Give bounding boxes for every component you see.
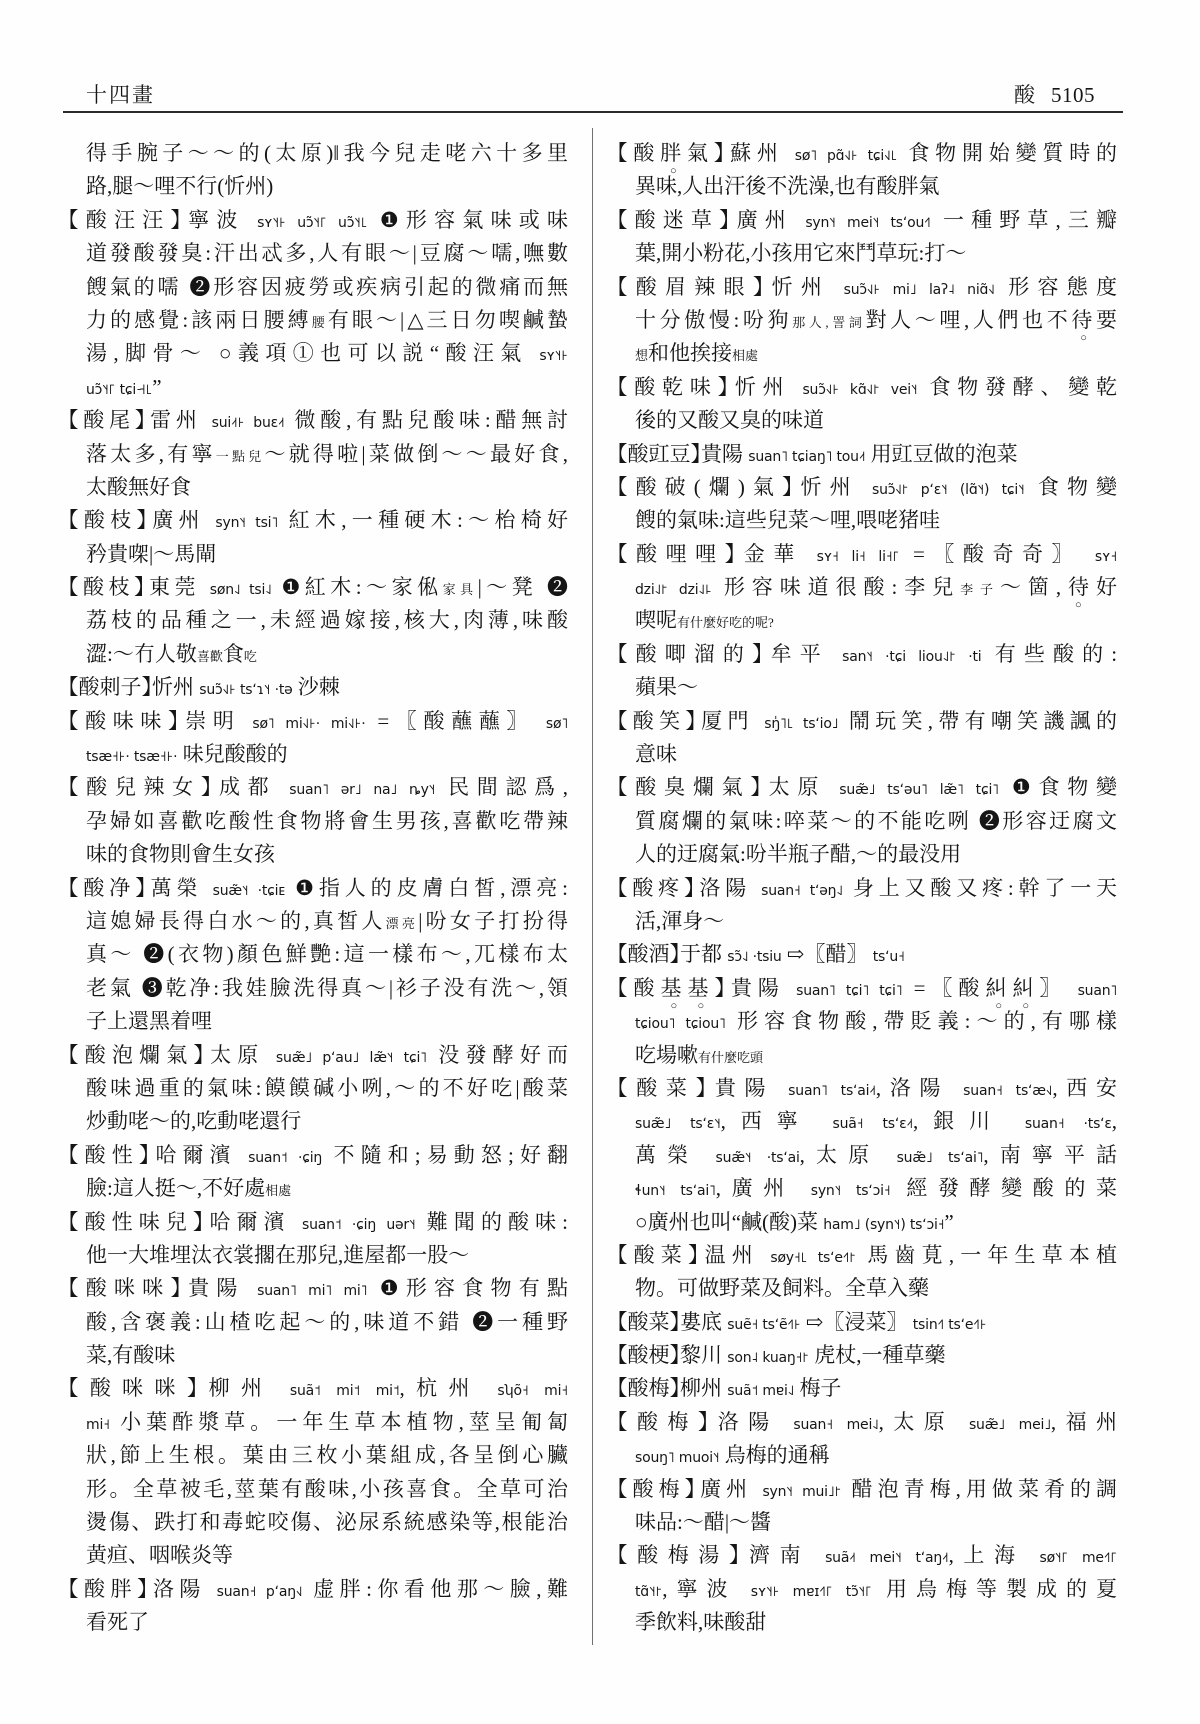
headword: 【酸眉辣眼】 (617, 275, 772, 299)
entry-line: 【酸眉辣眼】忻州 suɔ̃˧˩꜔ mi˩ laʔ˨ niɑ̃˧˩ 形容態度 (617, 271, 1117, 304)
headword-text: 酸胖 (84, 1577, 137, 1601)
dictionary-entry: 【酸泡爛氣】太原 suæ̃˩ pʻau˩ læ̃˥˧ tɕi˥ 没發酵好而酸味過… (68, 1039, 568, 1139)
dictionary-entry: 【酸尾】雷州 sui˨˦꜔ buɛ˨˦ 微酸,有點兒酸味:醋無討落太多,有寧一點… (68, 404, 568, 504)
entry-text: ,太原 (879, 1410, 969, 1434)
ipa-transcription: søy˧꜖ tsʻe˧˥꜓ (770, 1250, 856, 1266)
headword-bracket-close: 】 (729, 1543, 749, 1567)
entry-text: 季飲料,味酸甜 (635, 1610, 766, 1634)
entry-text: 廣州 (700, 1477, 762, 1501)
ipa-transcription: suan˥ ər˩ na˩ ȵy˥˧ (289, 782, 435, 798)
entry-text: 哈爾濱 (155, 1143, 248, 1167)
headword: 【酸臭爛氣】 (617, 775, 769, 799)
entry-line: 【酸咪咪】貴陽 suan˥ mi˥ mi˥ ❶形容食物有點 (68, 1272, 568, 1305)
ipa-transcription: sʏ˥˧꜔ uɔ̃˥˧꜒ uɔ̃˥˧꜖ (257, 215, 367, 231)
headword-text: 酸迷草 (635, 208, 719, 232)
ipa-transcription: suɔ̃˧˩꜔ kɑ̃˧˩꜓ vei˥˧ (802, 382, 917, 398)
entry-text: 民間認爲, (435, 775, 568, 799)
headword-bracket-close: 】 (718, 375, 735, 399)
entry-text: 萬榮 (151, 876, 213, 900)
entry-text: =〖酸 (902, 976, 985, 1000)
entry-text: 東莞 (149, 575, 210, 599)
entry-text: 厦門 (701, 709, 764, 733)
entry-text: 老氣 ❸乾净:我娃臉洗得真～|衫子没有洗～,領 (86, 976, 568, 1000)
entry-text: 形。全草被毛,莖葉有酸味,小孩喜食。全草可治 (86, 1477, 568, 1501)
dictionary-entry: 【酸臭爛氣】太原 suæ̃˩ tsʻəu˥ læ̃˥ tɕi˥ ❶食物變質腐爛的… (617, 771, 1117, 871)
headword-bracket-open: 【 (617, 275, 636, 299)
entry-text: 食物發酵、變乾 (917, 375, 1117, 399)
headword-bracket-close: 】 (168, 709, 185, 733)
entry-text: 貴陽 (701, 442, 748, 466)
ipa-transcription: suã˦ mi˦ mi˦ (290, 1383, 400, 1399)
entry-line: 【酸菜】婁底 suẽ˧ tsʻẽ˧˥꜔ ⇨〖浸菜〗 tsin˧˥ tsʻe˧˥꜔ (617, 1306, 1117, 1339)
entry-line: 蘋果～ (617, 671, 1117, 704)
headword-text: 酸梅 (637, 1410, 698, 1434)
entry-text: 不隨和;易動怒;好翻 (322, 1143, 568, 1167)
entry-text: ⇨〖浸菜〗 (801, 1310, 913, 1334)
ipa-transcription: suɔ̃˧˩꜓ pʻɛ˥˧ (lɑ̃˥˧) tɕi˥˧ (872, 482, 1025, 498)
entry-line: 太酸無好食 (68, 471, 568, 504)
ipa-transcription: suan˦ ·ɕiŋ uər˥˧ (302, 1217, 415, 1233)
entry-line: 【酸味味】崇明 sø˥ mi˧˩꜔· mi˧˩꜔· =〖酸蘸蘸〗 sø˥ (68, 705, 568, 738)
entry-text: 落太多,有寧 (86, 442, 216, 466)
entry-text: |吩女子打扮得 (418, 909, 568, 933)
headword-text: 酸疼 (632, 876, 684, 900)
entry-text: 餿氣的嚅 ❷形容因疲勞或疾病引起的微痛而無 (86, 275, 568, 299)
headword-bracket-close: 】 (719, 208, 737, 232)
entry-line: 【酸破(爛)氣】忻州 suɔ̃˧˩꜓ pʻɛ˥˧ (lɑ̃˥˧) tɕi˥˧ 食… (617, 471, 1117, 504)
entry-text: 味兒酸酸的 (177, 742, 287, 766)
headword-bracket-open: 【 (68, 1043, 85, 1067)
entry-text: 〗 (1039, 976, 1077, 1000)
headword-bracket-close: 】 (193, 1210, 210, 1234)
dictionary-entry: 【酸梅湯】濟南 suã˨˦ mei˥˧ tʻaŋ˨˦,上海 sø˥˧꜒ me˧˥… (617, 1539, 1117, 1639)
ipa-transcription: suæ̃˩ tsʻɛ˥˧ (635, 1116, 721, 1132)
entry-line: mi˧ 小葉酢漿草。一年生草本植物,莖呈匍匐 (68, 1406, 568, 1439)
entry-line: 【酸梅】柳州 suã˦ mɐi˨˩ 梅子 (617, 1372, 1117, 1405)
entry-line: 湯,脚骨～ ○義項①也可以説“酸汪氣 sʏ˥˧꜔ (68, 337, 568, 370)
headword-text: 酸酒 (628, 942, 670, 966)
dictionary-entry: 【酸基基】貴陽 suan˥ tɕi˥ tɕi˥ =〖酸糾糾〗 suan˥tɕio… (617, 972, 1117, 1072)
entry-text: 柳州 (680, 1376, 727, 1400)
entry-text: 味品:～醋|～醬 (635, 1510, 771, 1534)
headword: 【酸兒辣女】 (68, 775, 219, 799)
headword-bracket-close: 】 (685, 1477, 701, 1501)
entry-text: 蘇州 (730, 141, 795, 165)
headword-bracket-close: 】 (139, 1143, 156, 1167)
entry-line: 【酸菜】貴陽 suan˥ tsʻai˨˦,洛陽 suan˧ tsʻæ˧˩,西安 (617, 1072, 1117, 1105)
entry-line: 澀:～冇人敬喜歡食吃 (68, 638, 568, 671)
dictionary-entry: 【酸性味兒】哈爾濱 suan˦ ·ɕiŋ uər˥˧ 難聞的酸味:他一大堆埋汰衣… (68, 1206, 568, 1273)
ipa-transcription: suã˨˦ mei˥˧ tʻaŋ˨˦ (825, 1550, 949, 1566)
entry-line: 【酸菜】温州 søy˧꜖ tsʻe˧˥꜓ 馬齒莧,一年生草本植 (617, 1239, 1117, 1272)
gloss-note: 一點兒 (216, 449, 265, 464)
entry-text: ,廣州 (716, 1176, 811, 1200)
entry-text: 酸 (633, 976, 660, 1000)
dictionary-entry: 【酸菜】婁底 suẽ˧ tsʻẽ˧˥꜔ ⇨〖浸菜〗 tsin˧˥ tsʻe˧˥꜔ (617, 1306, 1117, 1339)
dictionary-entry: 【酸乾味】忻州 suɔ̃˧˩꜔ kɑ̃˧˩꜓ vei˥˧ 食物發酵、變乾後的又酸… (617, 371, 1117, 438)
headword-text: 酸尾 (83, 408, 135, 432)
entry-text: 得手腕子～～的(太原)‖我今兒走咾六十多里 (86, 141, 568, 165)
headword-bracket-open: 【 (617, 375, 634, 399)
entry-line: 十分傲慢:吩狗那人,詈詞對人～哩,人們也不待要 (617, 304, 1117, 337)
entry-text: 形容食物酸,帶貶義:～的,有哪樣 (726, 1009, 1117, 1033)
headword-text: 酸菜 (634, 1243, 688, 1267)
entry-line: 味品:～醋|～醬 (617, 1506, 1117, 1539)
circle-marked-character: 糾 (985, 976, 1012, 1000)
entry-text: 柳州 (209, 1376, 290, 1400)
ipa-transcription: sø˥ pɑ̃˧˩꜔ tɕi˧˩꜖ (795, 148, 898, 164)
ipa-transcription: suɔ̃˧˩꜔ mi˩ laʔ˨ niɑ̃˧˩ (844, 282, 995, 298)
ipa-transcription: sʏ˥˧꜔ (539, 348, 568, 364)
headword: 【酸菜】 (617, 1310, 680, 1334)
ipa-transcription: suan˦ ·ɕiŋ (248, 1150, 322, 1166)
entry-text: 食物變 (1025, 475, 1117, 499)
entry-text: 道發酸發臭:汗出忒多,人有眼～|豆腐～嚅,嘸數 (86, 241, 568, 265)
headword-bracket-close: 】 (696, 1076, 715, 1100)
headword: 【酸笑】 (617, 709, 701, 733)
entry-text: 没發酵好而 (427, 1043, 568, 1067)
ipa-transcription: ham˩ (syn˥˧) tsʻɔi˧ (823, 1217, 944, 1233)
ipa-transcription: suæ̃˩ tsʻai˥ (897, 1150, 984, 1166)
entry-line: 矜貴㗎|～馬閘 (68, 538, 568, 571)
ipa-transcription: suan˥ (1078, 983, 1118, 999)
entry-text: 黎川 (680, 1343, 727, 1367)
entry-line: 【酸泡爛氣】太原 suæ̃˩ pʻau˩ læ̃˥˧ tɕi˥ 没發酵好而 (68, 1039, 568, 1072)
headword-bracket-close: 】 (782, 475, 801, 499)
gloss-note: 喜歡 (197, 649, 223, 664)
headword: 【酸疼】 (617, 876, 699, 900)
entry-text: ,福州 (1051, 1410, 1117, 1434)
headword-bracket-open: 【 (68, 575, 83, 599)
entry-text: 小葉酢漿草。一年生草本植物,莖呈匍匐 (110, 1410, 568, 1434)
dictionary-entry: 【酸性】哈爾濱 suan˦ ·ɕiŋ 不隨和;易動怒;好翻臉:這人挺～,不好處相… (68, 1139, 568, 1206)
entry-line: 餿的氣味:這些兒菜～哩,喂咾猪哇 (617, 504, 1117, 537)
headword: 【酸枝】 (68, 508, 152, 532)
ipa-transcription: dzi˨˩꜓ dzi˨˩꜕ (635, 582, 712, 598)
headword-bracket-close: 】 (752, 642, 771, 666)
entry-text: 形容味道很酸:李兒 (712, 575, 960, 599)
entry-text: 炒動咾～的,吃動咾還行 (86, 1109, 301, 1133)
entry-text: 忻州 (772, 275, 844, 299)
entry-line: dzi˨˩꜓ dzi˨˩꜕ 形容味道很酸:李兒李子～箇,待好 (617, 571, 1117, 604)
entry-text: 太酸無好食 (86, 475, 191, 499)
entry-line: 荔枝的品種之一,未經過嫁接,核大,肉薄,味酸 (68, 604, 568, 637)
entry-text: ,銀川 (913, 1109, 1025, 1133)
ipa-transcription: syn˥˧ mui˩꜓ (762, 1484, 841, 1500)
headword: 【酸梅】 (617, 1410, 718, 1434)
headword-bracket-close: 】 (135, 408, 150, 432)
dictionary-entry: 【酸迷草】廣州 syn˥˧ mei˥˧ tsʻou˧˥ 一種野草,三瓣葉,開小粉… (617, 204, 1117, 271)
dictionary-entry: 【酸刺子】忻州 suɔ̃˧˩꜔ tsʻɿ˥˧ ·tə 沙棘 (68, 671, 568, 704)
entry-text: ” (152, 375, 161, 399)
entry-line: 力的感覺:該兩日腰縛腰有眼～|△三日勿喫鹹蟄 (68, 304, 568, 337)
entry-line: ○廣州也叫“鹹(酸)菜 ham˩ (syn˥˧) tsʻɔi˧” (617, 1206, 1117, 1239)
headword-text: 酸梗 (628, 1343, 670, 1367)
ipa-transcription: son˨ kuaŋ˧꜓ (727, 1350, 809, 1366)
headword-text: 酸泡爛氣 (85, 1043, 194, 1067)
entry-text: ⇨〖醋〗 (782, 942, 873, 966)
entry-text: 酸,含褒義:山楂吃起～的,味道不錯 ❷一種野 (86, 1310, 568, 1334)
headword: 【酸菜】 (617, 1243, 705, 1267)
ipa-transcription: souŋ˥ muoi˥˧ (635, 1450, 719, 1466)
ipa-transcription: suã˦ mɐi˨˩ (727, 1383, 794, 1399)
headword-bracket-close: 】 (193, 1043, 210, 1067)
headword: 【酸味味】 (68, 709, 185, 733)
headword: 【酸胖氣】 (617, 141, 730, 165)
headword: 【酸破(爛)氣】 (617, 475, 801, 499)
entry-line: 看死了 (68, 1606, 568, 1639)
entry-text: 忻州 (801, 475, 872, 499)
headword-bracket-open: 【 (68, 876, 83, 900)
ipa-transcription: tɑ̃˥˧꜓ (635, 1584, 662, 1600)
headword: 【酸唧溜的】 (617, 642, 771, 666)
entry-text: ,杭州 (400, 1376, 498, 1400)
entry-line: 異味,人出汗後不洗澡,也有酸胖氣 (617, 170, 1117, 203)
entry-line: 季飲料,味酸甜 (617, 1606, 1117, 1639)
headword-bracket-close: 】 (201, 775, 219, 799)
page-number: 5105 (1051, 83, 1095, 107)
entry-text: 婁底 (680, 1310, 727, 1334)
entry-line: ɬun˥˧ tsʻai˥,廣州 syn˥˧ tsʻɔi˧ 經發酵變酸的菜 (617, 1172, 1117, 1205)
headword-text: 酸净 (83, 876, 135, 900)
headword-bracket-open: 【 (68, 1143, 85, 1167)
entry-text: ❶形容食物有點 (367, 1276, 568, 1300)
ipa-transcription: suæ̃˩ tsʻəu˥ læ̃˥ tɕi˥ (839, 782, 999, 798)
entry-text: 有些酸的: (981, 642, 1117, 666)
entry-line: 【酸基基】貴陽 suan˥ tɕi˥ tɕi˥ =〖酸糾糾〗 suan˥ (617, 972, 1117, 1005)
circle-marked-character: 基 (660, 976, 687, 1000)
entry-text: =〖酸奇奇〗 (899, 542, 1095, 566)
entry-line: 喫呢有什麼好吃的呢? (617, 604, 1117, 637)
right-column: 【酸胖氣】蘇州 sø˥ pɑ̃˧˩꜔ tɕi˧˩꜖ 食物開始變質時的異味,人出汗… (617, 137, 1117, 1640)
ipa-transcription: suan˧ pʻaŋ˧˩ (217, 1584, 303, 1600)
entry-line: uɔ̃˥˧꜒ tɕi˧˧꜖” (68, 371, 568, 404)
headword-bracket-open: 【 (617, 475, 636, 499)
dictionary-entry: 【酸酒】于都 sɔ̃˨˩ ·tsiu ⇨〖醋〗 tsʻu˧ (617, 938, 1117, 971)
entry-line: 狀,節上生根。葉由三枚小葉組成,各呈倒心臟 (68, 1439, 568, 1472)
headword-bracket-close: 】 (137, 1577, 153, 1601)
ipa-transcription: sʏ˧ (1095, 549, 1117, 565)
headword: 【酸咪咪】 (68, 1376, 209, 1400)
entry-line: 黄疸、咽喉炎等 (68, 1539, 568, 1572)
entry-line: 【酸性味兒】哈爾濱 suan˦ ·ɕiŋ uər˥˧ 難聞的酸味: (68, 1206, 568, 1239)
headword-bracket-open: 【 (617, 1310, 628, 1334)
entry-text: 洛陽 (718, 1410, 794, 1434)
dictionary-entry: 【酸梅】柳州 suã˦ mɐi˨˩ 梅子 (617, 1372, 1117, 1405)
entry-line: 意味 (617, 738, 1117, 771)
entry-text: 有眼～|△三日勿喫鹹蟄 (328, 308, 568, 332)
entry-line: 【酸性】哈爾濱 suan˦ ·ɕiŋ 不隨和;易動怒;好翻 (68, 1139, 568, 1172)
entry-text: 牟平 (771, 642, 843, 666)
dictionary-entry: 【酸破(爛)氣】忻州 suɔ̃˧˩꜓ pʻɛ˥˧ (lɑ̃˥˧) tɕi˥˧ 食… (617, 471, 1117, 538)
headword-bracket-open: 【 (617, 1343, 628, 1367)
entry-text: 難聞的酸味: (415, 1210, 568, 1234)
entry-text: 鬧玩笑,帶有嘲笑譏諷的 (838, 709, 1117, 733)
dictionary-entry: 【酸梗】黎川 son˨ kuaŋ˧꜓ 虎杖,一種草藥 (617, 1339, 1117, 1372)
entry-text: 真～ ❷(衣物)顏色鮮艷:這一樣布～,兀樣布太 (86, 942, 568, 966)
headword-text: 酸味味 (85, 709, 168, 733)
gloss-note: 相處 (265, 1183, 291, 1198)
entry-text: 梅子 (794, 1376, 841, 1400)
headword-bracket-close: 】 (670, 1343, 681, 1367)
entry-line: 【酸酒】于都 sɔ̃˨˩ ·tsiu ⇨〖醋〗 tsʻu˧ (617, 938, 1117, 971)
entry-line: 人的迂腐氣:吩半瓶子醋,～的最没用 (617, 838, 1117, 871)
headword-bracket-open: 【 (68, 709, 85, 733)
headword-text: 酸兒辣女 (86, 775, 201, 799)
headword-bracket-open: 【 (617, 976, 633, 1000)
ipa-transcription: syn˥˧ mei˥˧ tsʻou˧˥ (805, 215, 930, 231)
entry-text: 酸味過重的氣味:饃饃碱小咧,～的不好吃|酸菜 (86, 1076, 568, 1100)
entry-text: 澀:～冇人敬 (86, 642, 197, 666)
entry-text: 形容態度 (995, 275, 1117, 299)
ipa-transcription: suan˥ tɕiaŋ˥ tou˨˦ (748, 449, 865, 465)
entry-text: ,太原 (800, 1143, 897, 1167)
entry-text: ,南寧平話 (983, 1143, 1117, 1167)
entry-text: 異味,人出汗後不洗澡,也有酸胖氣 (635, 174, 940, 198)
entry-text: ,西寧 (721, 1109, 833, 1133)
entry-text: 貴陽 (731, 976, 796, 1000)
entry-text: 貴陽 (715, 1076, 788, 1100)
entry-text: 狀,節上生根。葉由三枚小葉組成,各呈倒心臟 (86, 1443, 568, 1467)
ipa-transcription: søn˨˩ tsi˨˩ (210, 582, 272, 598)
headword: 【酸豇豆】 (617, 442, 701, 466)
entry-text: 物。可做野菜及飼料。全草入藥 (635, 1276, 929, 1300)
headword-bracket-open: 【 (617, 1477, 633, 1501)
circle-marked-character: 胖 (660, 141, 687, 165)
headword-text: 酸破(爛)氣 (636, 475, 782, 499)
entry-text: 一種野草,三瓣 (931, 208, 1117, 232)
entry-text: 金華 (744, 542, 817, 566)
entry-line: 【酸胖】洛陽 suan˧ pʻaŋ˧˩ 虚胖:你看他那～臉,難 (68, 1573, 568, 1606)
ipa-transcription: syn˥˧ tsʻɔi˧ (811, 1183, 891, 1199)
entry-line: 【酸臭爛氣】太原 suæ̃˩ tsʻəu˥ læ̃˥ tɕi˥ ❶食物變 (617, 771, 1117, 804)
entry-text: ,洛陽 (876, 1076, 963, 1100)
entry-line: 想和他挨接相處 (617, 337, 1117, 370)
circle-marked-character: 糾 (1012, 976, 1039, 1000)
entry-text: 蘋果～ (635, 675, 698, 699)
entry-text: ❶食物變 (999, 775, 1117, 799)
entry-line: 活,渾身～ (617, 905, 1117, 938)
dictionary-entry: 【酸咪咪】貴陽 suan˥ mi˥ mi˥ ❶形容食物有點酸,含褒義:山楂吃起～… (68, 1272, 568, 1372)
ipa-transcription: sʮõ˧ mi˧ (497, 1383, 568, 1399)
headword-bracket-open: 【 (68, 775, 86, 799)
entry-text: ,西安 (1052, 1076, 1117, 1100)
ipa-transcription: san˥˧ ·tɕi liou˨˩꜓ ·ti (842, 649, 981, 665)
headword: 【酸枝】 (68, 575, 149, 599)
headword: 【酸梅】 (617, 1477, 700, 1501)
entry-text: ” (944, 1210, 953, 1234)
entry-text: 吃場嗽 (635, 1043, 698, 1067)
headword-text: 酸汪汪 (86, 208, 171, 232)
entry-text: 餿的氣味:這些兒菜～哩,喂咾猪哇 (635, 508, 940, 532)
entry-text: 十分傲慢:吩狗 (635, 308, 792, 332)
ipa-transcription: suẽ˧ tsʻẽ˧˥꜔ (727, 1317, 800, 1333)
entry-text: 虎杖,一種草藥 (809, 1343, 946, 1367)
entry-line: 這媳婦長得白水～的,真皙人漂亮|吩女子打扮得 (68, 905, 568, 938)
entry-text: 崇明 (185, 709, 252, 733)
entry-text: 人的迂腐氣:吩半瓶子醋,～的最没用 (635, 842, 961, 866)
entry-line: 葉,開小粉花,小孩用它來鬥草玩:打～ (617, 237, 1117, 270)
ipa-transcription: sʏ˧ li˧ li˧꜒ (817, 549, 900, 565)
gloss-note: 漂亮 (386, 916, 419, 931)
entry-text: 孕婦如喜歡吃酸性食物將會生男孩,喜歡吃帶辣 (86, 809, 568, 833)
column-divider (592, 128, 593, 1645)
entry-text: 葉,開小粉花,小孩用它來鬥草玩:打～ (635, 241, 966, 265)
entry-text: 用豇豆做的泡菜 (865, 442, 1017, 466)
entry-line: 【酸枝】廣州 syn˥˧ tsi˥ 紅木,一種硬木:～枱椅好 (68, 504, 568, 537)
entry-text: 活,渾身～ (635, 909, 724, 933)
ipa-transcription: tsæ˧꜔· tsæ˧꜔· (86, 749, 177, 765)
entry-text: 温州 (705, 1243, 771, 1267)
entry-text: 身上又酸又疼:幹了一天 (843, 876, 1117, 900)
entry-text: ❶形容氣味或味 (367, 208, 568, 232)
headword-bracket-open: 【 (617, 1376, 628, 1400)
ipa-transcription: suan˥ tsʻai˨˦ (788, 1083, 876, 1099)
entry-line: 燙傷、跌打和毒蛇咬傷、泌尿系統感染等,根能治 (68, 1506, 568, 1539)
dictionary-entry: 【酸笑】厦門 sŋ̍˥꜖ tsʻio˩ 鬧玩笑,帶有嘲笑譏諷的意味 (617, 705, 1117, 772)
entry-text: 貴陽 (188, 1276, 257, 1300)
dictionary-entry: 【酸净】萬榮 suæ̃˥˧ ·tɕiᴇ ❶指人的皮膚白皙,漂亮:這媳婦長得白水～… (68, 872, 568, 1039)
dictionary-entry: 【酸胖氣】蘇州 sø˥ pɑ̃˧˩꜔ tɕi˧˩꜖ 食物開始變質時的異味,人出汗… (617, 137, 1117, 204)
headword-text: 酸咪咪 (86, 1276, 171, 1300)
headword-bracket-open: 【 (68, 1376, 90, 1400)
entry-line: 【酸梅】廣州 syn˥˧ mui˩꜓ 醋泡青梅,用做菜肴的調 (617, 1473, 1117, 1506)
ipa-transcription: sø˥˧꜒ me˧˥꜒ (1039, 1550, 1117, 1566)
entry-text: 太原 (769, 775, 840, 799)
dictionary-entry: 【酸哩哩】金華 sʏ˧ li˧ li˧꜒ =〖酸奇奇〗 sʏ˧dzi˨˩꜓ dz… (617, 538, 1117, 638)
headword-bracket-close: 】 (688, 1243, 705, 1267)
entry-text: 用烏梅等製成的夏 (872, 1577, 1117, 1601)
ipa-transcription: suan˥ tɕi˥ tɕi˥ (796, 983, 902, 999)
entry-line: 酸味過重的氣味:饃饃碱小咧,～的不好吃|酸菜 (68, 1072, 568, 1105)
headword-bracket-close: 】 (714, 976, 730, 1000)
entry-text: 荔枝的品種之一,未經過嫁接,核大,肉薄,味酸 (86, 608, 568, 632)
dictionary-entry: 得手腕子～～的(太原)‖我今兒走咾六十多里路,腿～哩不行(忻州) (68, 137, 568, 204)
headword-bracket-open: 【 (617, 141, 633, 165)
entry-line: 酸,含褒義:山楂吃起～的,味道不錯 ❷一種野 (68, 1306, 568, 1339)
ipa-transcription: ɬun˥˧ tsʻai˥ (635, 1183, 716, 1199)
gloss-note: 想 (635, 348, 648, 363)
entry-text: 意味 (635, 742, 677, 766)
entry-line: 【酸枝】東莞 søn˨˩ tsi˨˩ ❶紅木:～家俬家具|～凳 ❷ (68, 571, 568, 604)
ipa-transcription: suɔ̃˧˩꜔ tsʻɿ˥˧ ·tə (199, 682, 292, 698)
headword-bracket-close: 】 (684, 876, 699, 900)
headword-bracket-close: 】 (135, 876, 150, 900)
header-rule (63, 111, 1123, 113)
ipa-transcription: suã˧ tsʻɛ˨˦ (833, 1116, 913, 1132)
entry-text: =〖酸蘸蘸〗 (365, 709, 545, 733)
entry-line: 【酸疼】洛陽 suan˧ tʻəŋ˨˩ 身上又酸又疼:幹了一天 (617, 872, 1117, 905)
gloss-note: 家具 (443, 582, 478, 597)
headword: 【酸哩哩】 (617, 542, 744, 566)
headword-text: 酸梅湯 (637, 1543, 729, 1567)
entry-line: 【酸哩哩】金華 sʏ˧ li˧ li˧꜒ =〖酸奇奇〗 sʏ˧ (617, 538, 1117, 571)
entry-text: 于都 (680, 942, 727, 966)
headword-bracket-open: 【 (617, 1543, 637, 1567)
entry-text: 雷州 (150, 408, 212, 432)
entry-line: 【酸唧溜的】牟平 san˥˧ ·tɕi liou˨˩꜓ ·ti 有些酸的: (617, 638, 1117, 671)
headword-bracket-open: 【 (617, 876, 632, 900)
entry-text: ,寧波 (662, 1577, 751, 1601)
headword-bracket-close: 】 (691, 442, 702, 466)
headword: 【酸梅湯】 (617, 1543, 749, 1567)
ipa-transcription: sui˨˦꜔ buɛ˨˦ (212, 415, 285, 431)
entry-text: ,上海 (949, 1543, 1040, 1567)
entry-text: |～凳 ❷ (478, 575, 568, 599)
entry-text: 矜貴㗎|～馬閘 (86, 542, 216, 566)
entry-line: 【酸迷草】廣州 syn˥˧ mei˥˧ tsʻou˧˥ 一種野草,三瓣 (617, 204, 1117, 237)
headword-bracket-open: 【 (68, 1276, 86, 1300)
